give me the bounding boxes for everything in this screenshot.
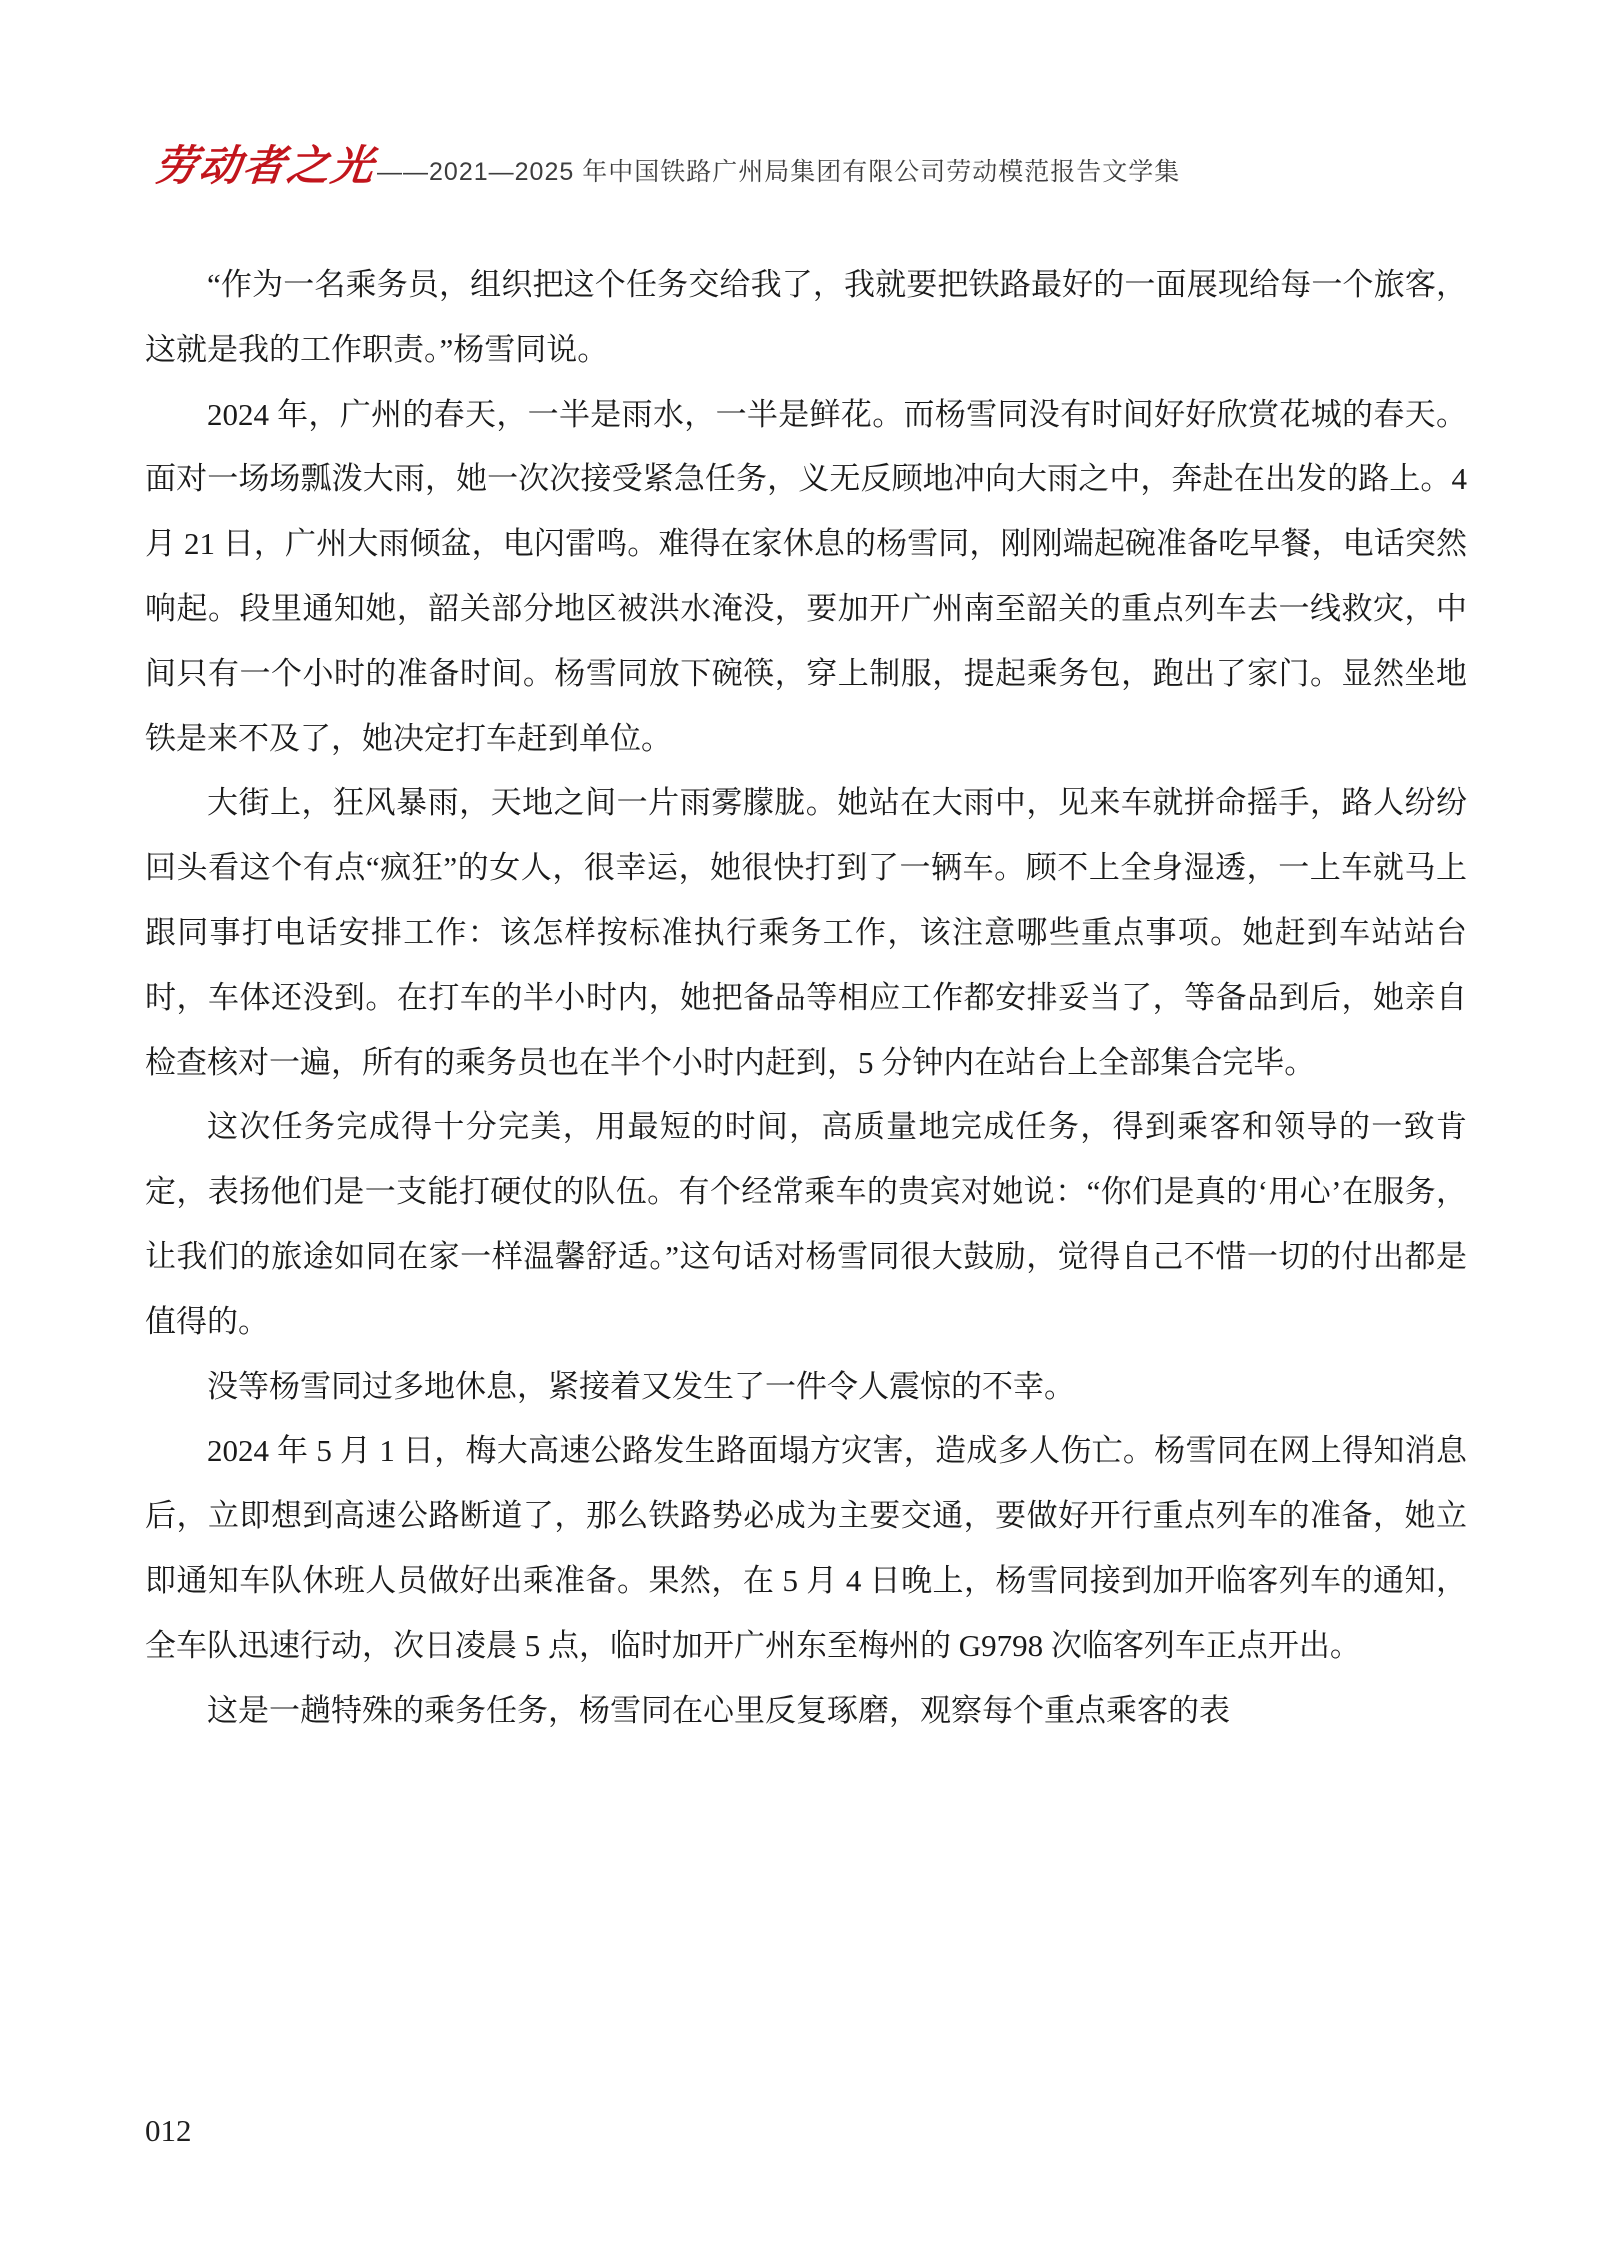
- body-text: “作为一名乘务员，组织把这个任务交给我了，我就要把铁路最好的一面展现给每一个旅客…: [145, 253, 1467, 1743]
- paragraph: 大街上，狂风暴雨，天地之间一片雨雾朦胧。她站在大雨中，见来车就拼命摇手，路人纷纷…: [145, 771, 1467, 1095]
- paragraph: 2024 年 5 月 1 日，梅大高速公路发生路面塌方灾害，造成多人伤亡。杨雪同…: [145, 1419, 1467, 1678]
- page-number: 012: [145, 2113, 192, 2149]
- book-page: 劳动者之光 ——2021—2025 年中国铁路广州局集团有限公司劳动模范报告文学…: [0, 0, 1616, 2262]
- paragraph: 2024 年，广州的春天，一半是雨水，一半是鲜花。而杨雪同没有时间好好欣赏花城的…: [145, 383, 1467, 772]
- paragraph: “作为一名乘务员，组织把这个任务交给我了，我就要把铁路最好的一面展现给每一个旅客…: [145, 253, 1467, 383]
- paragraph: 没等杨雪同过多地休息，紧接着又发生了一件令人震惊的不幸。: [145, 1355, 1467, 1420]
- paragraph: 这是一趟特殊的乘务任务，杨雪同在心里反复琢磨，观察每个重点乘客的表: [145, 1679, 1467, 1744]
- series-title: 劳动者之光: [153, 146, 377, 188]
- series-subtitle: ——2021—2025 年中国铁路广州局集团有限公司劳动模范报告文学集: [377, 160, 1180, 185]
- running-header: 劳动者之光 ——2021—2025 年中国铁路广州局集团有限公司劳动模范报告文学…: [155, 146, 1180, 188]
- paragraph: 这次任务完成得十分完美，用最短的时间，高质量地完成任务，得到乘客和领导的一致肯定…: [145, 1095, 1467, 1354]
